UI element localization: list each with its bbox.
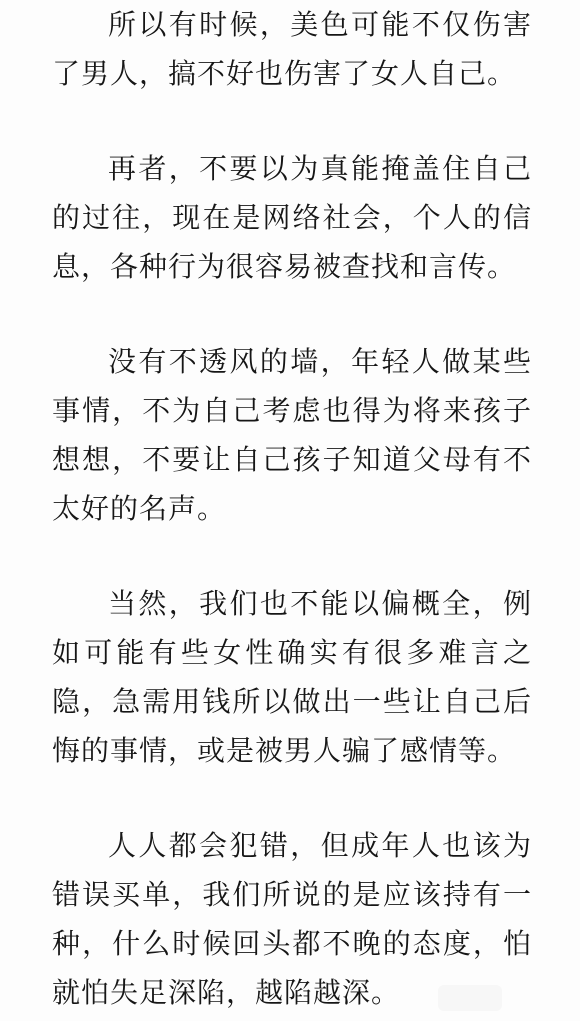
paragraph: 所以有时候，美色可能不仅伤害了男人，搞不好也伤害了女人自己。 [52,0,532,98]
paragraph: 没有不透风的墙，年轻人做某些事情，不为自己考虑也得为将来孩子想想，不要让自己孩子… [52,337,532,533]
paragraph: 人人都会犯错，但成年人也该为错误买单，我们所说的是应该持有一种，什么时候回头都不… [52,821,532,1017]
paragraph: 当然，我们也不能以偏概全，例如可能有些女性确实有很多难言之隐，急需用钱所以做出一… [52,579,532,775]
paragraph: 再者，不要以为真能掩盖住自己的过往，现在是网络社会，个人的信息，各种行为很容易被… [52,144,532,291]
article-body: 所以有时候，美色可能不仅伤害了男人，搞不好也伤害了女人自己。再者，不要以为真能掩… [0,0,580,1017]
